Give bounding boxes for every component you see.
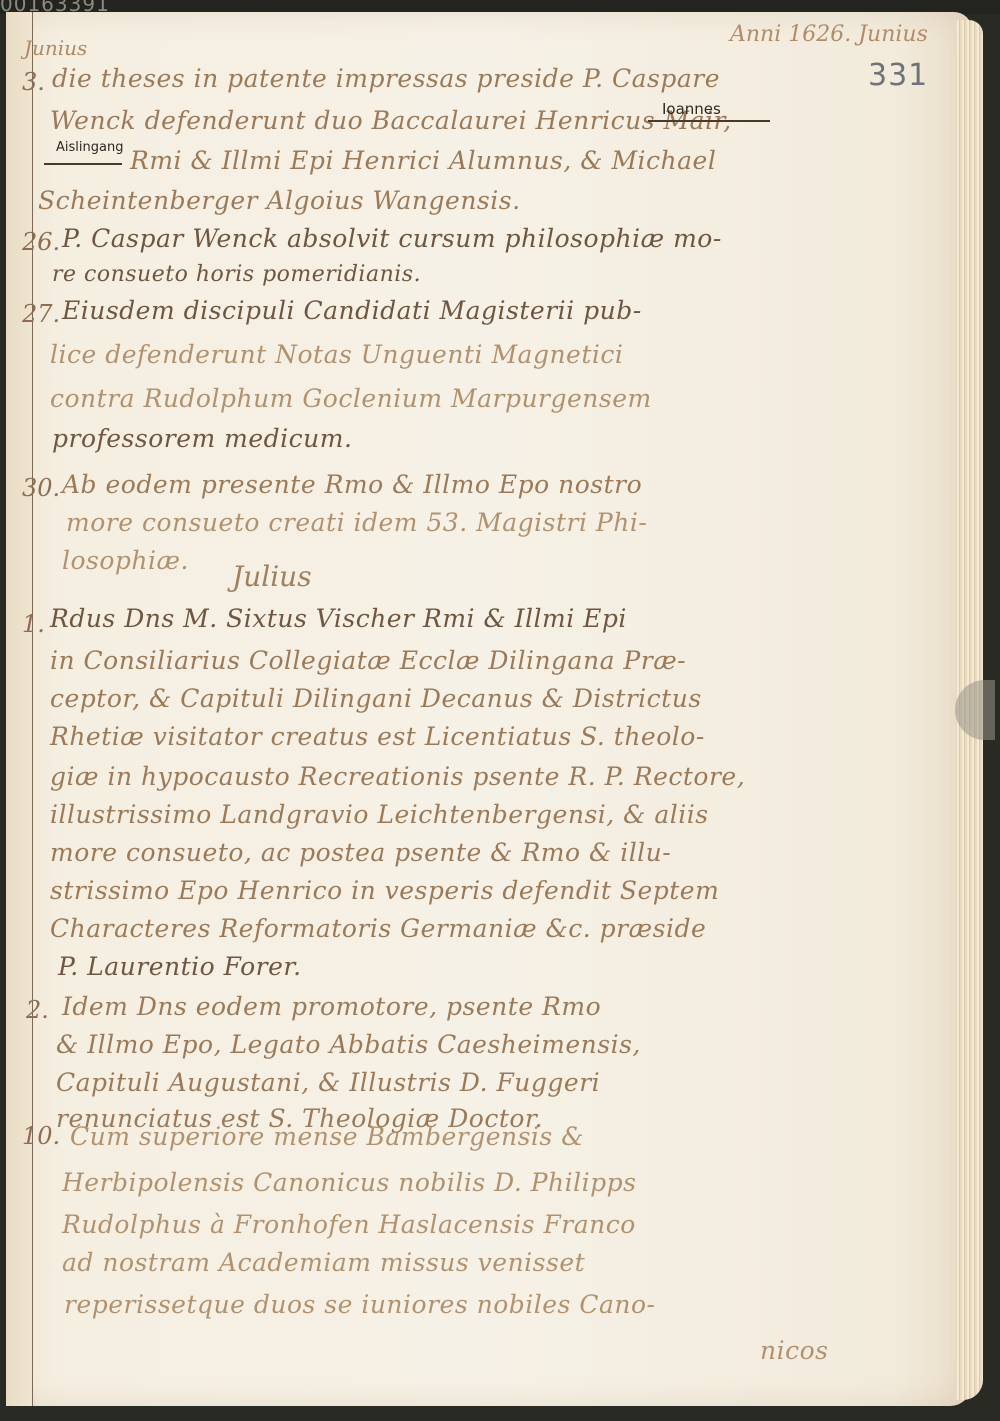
entry-line: lice defenderunt Notas Unguenti Magnetic…	[50, 340, 623, 369]
correction-insert: Ioannes	[662, 100, 721, 118]
entry-line: P. Caspar Wenck absolvit cursum philosop…	[62, 224, 722, 253]
entry-line: re consueto horis pomeridianis.	[52, 262, 421, 287]
month-heading: Julius	[232, 560, 312, 593]
entry-day: 27.	[22, 300, 60, 328]
entry-day: 3.	[22, 68, 45, 96]
page-gutter	[6, 12, 33, 1406]
entry-line: more consueto creati idem 53. Magistri P…	[66, 508, 647, 537]
entry-day: 10.	[22, 1122, 60, 1150]
entry-line: die theses in patente impressas preside …	[52, 64, 720, 93]
page-number: 331	[868, 58, 928, 93]
entry-line: Wenck defenderunt duo Baccalaurei Henric…	[50, 106, 732, 135]
header-month-left: Junius	[24, 36, 87, 60]
margin-insert: Aislingang	[56, 140, 123, 155]
entry-line: & Illmo Epo, Legato Abbatis Caesheimensi…	[56, 1030, 641, 1059]
entry-line: illustrissimo Landgravio Leichtenbergens…	[50, 800, 709, 829]
entry-line: P. Laurentio Forer.	[58, 952, 302, 981]
entry-line: Rdus Dns M. Sixtus Vischer Rmi & Illmi E…	[50, 604, 627, 633]
strikethrough	[44, 163, 122, 165]
entry-day: 30.	[22, 474, 60, 502]
entry-line: losophiæ.	[62, 546, 189, 575]
header-year-month: Anni 1626. Junius	[730, 22, 928, 47]
entry-line: reperissetque duos se iuniores nobiles C…	[64, 1290, 655, 1319]
entry-line: Idem Dns eodem promotore, psente Rmo	[62, 992, 601, 1021]
entry-day: 26.	[22, 228, 60, 256]
entry-line: Herbipolensis Canonicus nobilis D. Phili…	[62, 1168, 636, 1197]
entry-line: nicos	[760, 1336, 828, 1365]
entry-line: Ab eodem presente Rmo & Illmo Epo nostro	[62, 470, 642, 499]
entry-line: contra Rudolphum Goclenium Marpurgensem	[50, 384, 652, 413]
entry-line: professorem medicum.	[52, 424, 352, 453]
entry-line: ceptor, & Capituli Dilingani Decanus & D…	[50, 684, 702, 713]
entry-line: strissimo Epo Henrico in vesperis defend…	[50, 876, 719, 905]
entry-line: Scheintenberger Algoius Wangensis.	[38, 186, 521, 215]
entry-line: Capituli Augustani, & Illustris D. Fugge…	[56, 1068, 600, 1097]
entry-line: Cum superiore mense Bambergensis &	[70, 1122, 584, 1151]
entry-line: Eiusdem discipuli Candidati Magisterii p…	[62, 296, 642, 325]
entry-day: 2.	[26, 996, 49, 1024]
entry-line: giæ in hypocausto Recreationis psente R.…	[50, 762, 745, 791]
entry-line: in Consiliarius Collegiatæ Ecclæ Dilinga…	[50, 646, 686, 675]
entry-line: Rhetiæ visitator creatus est Licentiatus…	[50, 722, 705, 751]
strikethrough	[648, 120, 770, 122]
entry-line: more consueto, ac postea psente & Rmo & …	[50, 838, 671, 867]
entry-line: Characteres Reformatoris Germaniæ &c. pr…	[50, 914, 706, 943]
entry-line: Rmi & Illmi Epi Henrici Alumnus, & Micha…	[130, 146, 716, 175]
entry-line: Rudolphus à Fronhofen Haslacensis Franco	[62, 1210, 636, 1239]
entry-line: ad nostram Academiam missus venisset	[62, 1248, 585, 1277]
entry-day: 1.	[22, 610, 45, 638]
